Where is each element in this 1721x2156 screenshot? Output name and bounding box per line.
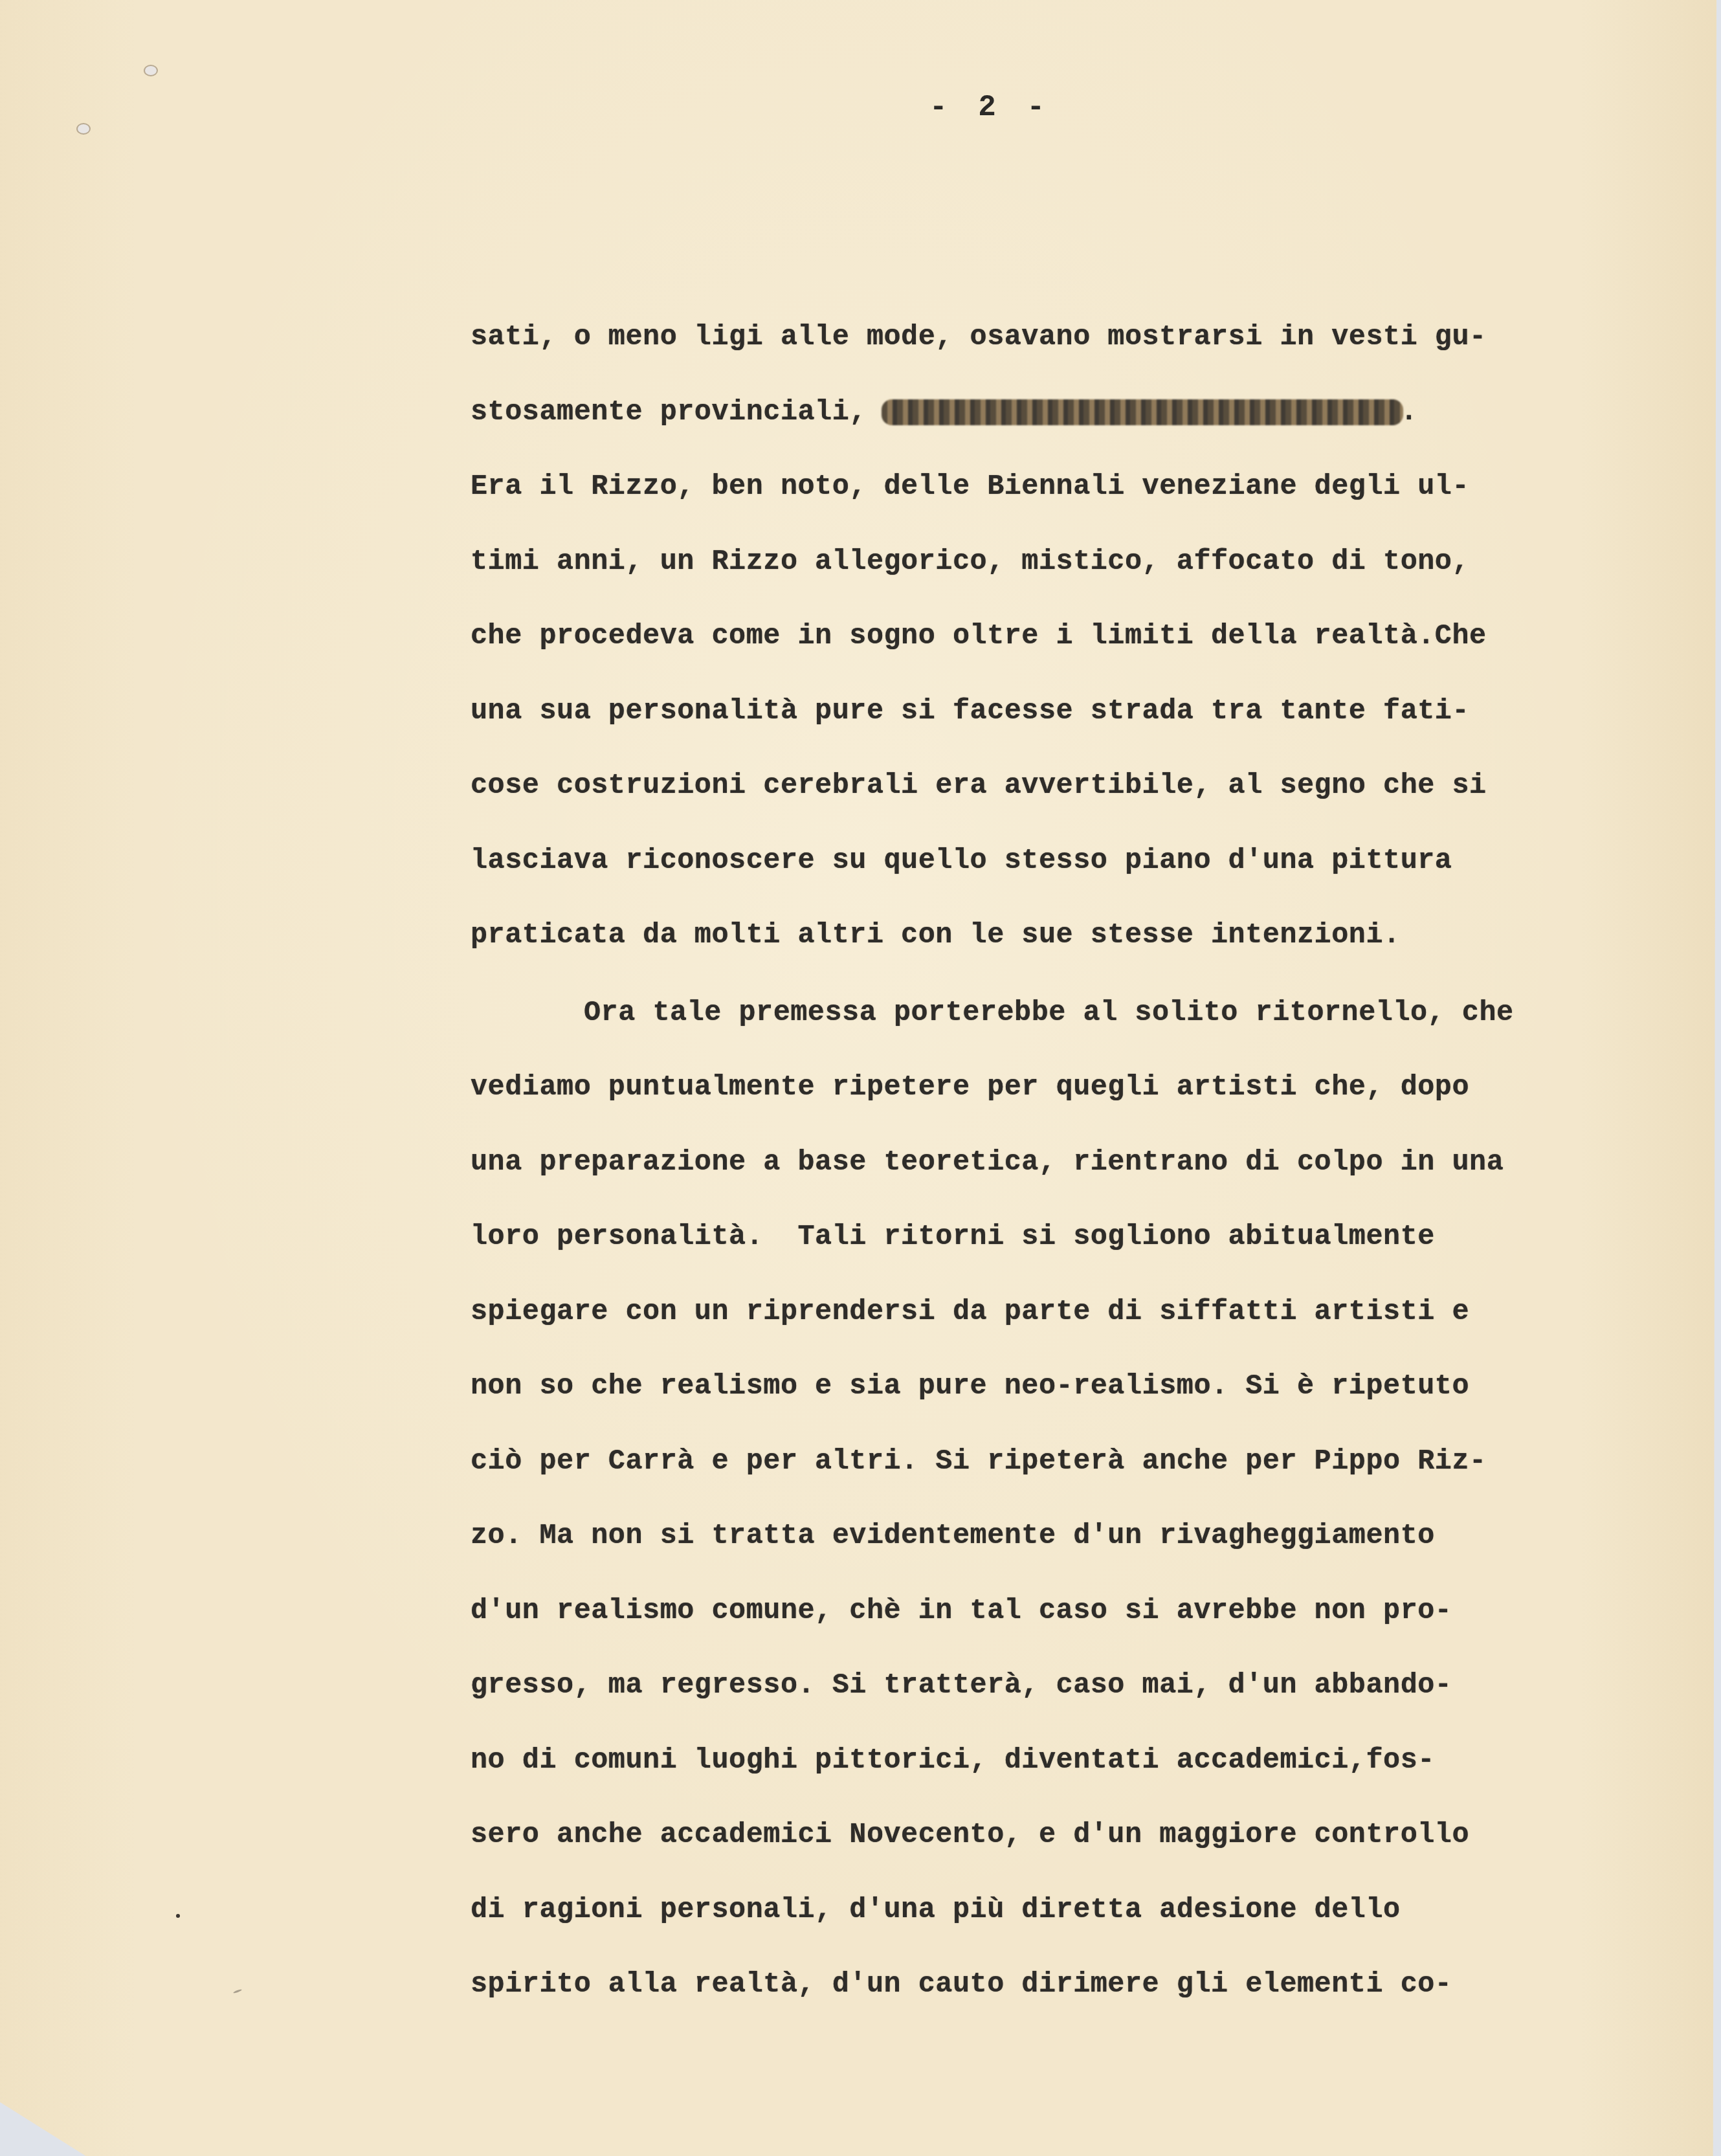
text-line: d'un realismo comune, chè in tal caso si…: [471, 1589, 1687, 1664]
text-line: ciò per Carrà e per altri. Si ripeterà a…: [471, 1439, 1687, 1515]
text-line: sati, o meno ligi alle mode, osavano mos…: [471, 315, 1687, 390]
page-number: - 2 -: [0, 91, 1721, 124]
text-line: no di comuni luoghi pittorici, diventati…: [471, 1739, 1687, 1814]
struck-out-text: [testo cancellato illeggibile]: [884, 390, 1401, 436]
text-line: spirito alla realtà, d'un cauto dirimere…: [471, 1962, 1687, 2038]
typewritten-body: sati, o meno ligi alle mode, osavano mos…: [471, 315, 1687, 2038]
text-line-with-strikeout: stosamente provinciali, [testo cancellat…: [471, 390, 1687, 465]
text-line: sero anche accademici Novecento, e d'un …: [471, 1813, 1687, 1888]
punch-hole-mark: [76, 123, 91, 135]
text-line: che procedeva come in sogno oltre i limi…: [471, 614, 1687, 689]
text-line: una preparazione a base teoretica, rient…: [471, 1140, 1687, 1216]
punch-hole-mark: [144, 65, 158, 76]
text-line: loro personalità. Tali ritorni si soglio…: [471, 1215, 1687, 1290]
text-line: Era il Rizzo, ben noto, delle Biennali v…: [471, 465, 1687, 540]
text-line: spiegare con un riprendersi da parte di …: [471, 1290, 1687, 1365]
text-line: lasciava riconoscere su quello stesso pi…: [471, 839, 1687, 914]
text-line: praticata da molti altri con le sue stes…: [471, 913, 1687, 988]
text-line: non so che realismo e sia pure neo-reali…: [471, 1364, 1687, 1439]
paragraph-start-line: Ora tale premessa porterebbe al solito r…: [471, 991, 1687, 1066]
paper-sheet: - 2 - sati, o meno ligi alle mode, osava…: [0, 0, 1716, 2156]
ink-speck: [233, 1989, 242, 1994]
text-line: zo. Ma non si tratta evidentemente d'un …: [471, 1514, 1687, 1589]
text-line: di ragioni personali, d'una più diretta …: [471, 1888, 1687, 1963]
text-line: cose costruzioni cerebrali era avvertibi…: [471, 764, 1687, 839]
text-line: una sua personalità pure si facesse stra…: [471, 689, 1687, 764]
text-line: gresso, ma regresso. Si tratterà, caso m…: [471, 1663, 1687, 1739]
text-line: vediamo puntualmente ripetere per quegli…: [471, 1065, 1687, 1140]
text-line: timi anni, un Rizzo allegorico, mistico,…: [471, 540, 1687, 615]
ink-speck: [176, 1914, 180, 1918]
text-segment: stosamente provinciali,: [471, 397, 884, 428]
